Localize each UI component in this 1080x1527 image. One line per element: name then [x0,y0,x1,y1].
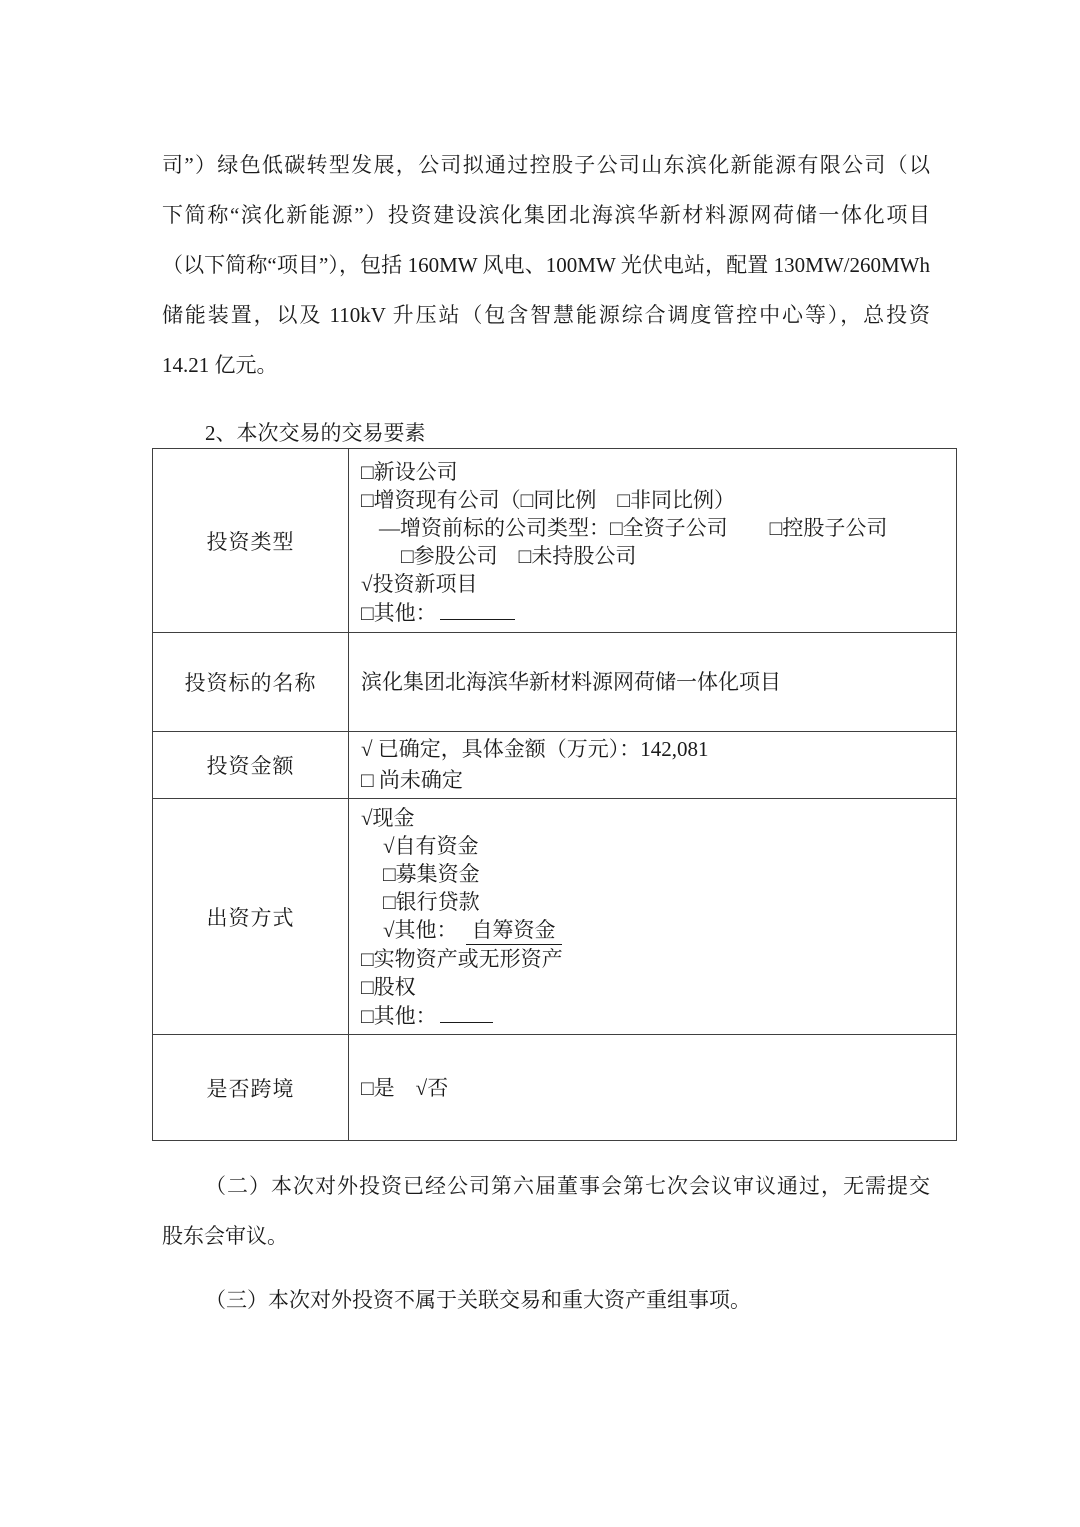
table-row-cross-border: 是否跨境 □是 √否 [153,1035,957,1141]
target-name-text: 滨化集团北海滨华新材料源网荷储一体化项目 [361,668,944,696]
checkbox-option-new-company: □新设公司 [361,458,944,486]
checked-option-other-cash: √其他：自筹资金 [361,916,944,945]
section-heading: 2、本次交易的交易要素 [205,418,1080,448]
table-row-funding-method: 出资方式 √现金 √自有资金 □募集资金 □银行贷款 √其他：自筹资金 □实物资… [153,799,957,1035]
checked-option-new-project: √投资新项目 [361,570,944,598]
checkbox-option-other-method: □其他： [361,1001,944,1030]
other-cash-value: 自筹资金 [466,916,562,945]
row-label-funding-method: 出资方式 [153,799,349,1035]
funding-method-options: √现金 √自有资金 □募集资金 □银行贷款 √其他：自筹资金 □实物资产或无形资… [349,799,957,1035]
row-label-cross-border: 是否跨境 [153,1035,349,1141]
checked-option-own-funds: √自有资金 [361,832,944,860]
checked-option-other-cash-label: √其他： [383,918,458,942]
investment-amount-options: √ 已确定，具体金额（万元）：142,081 □ 尚未确定 [349,732,957,799]
table-row-investment-type: 投资类型 □新设公司 □增资现有公司（□同比例 □非同比例） —增资前标的公司类… [153,449,957,633]
paragraph-line: 14.21 亿元。 [162,340,930,390]
paragraph-line: 储能装置，以及 110kV 升压站（包含智慧能源综合调度管控中心等），总投资 [162,290,930,340]
blank-underline [440,1001,493,1023]
intro-paragraph: 司”）绿色低碳转型发展，公司拟通过控股子公司山东滨化新能源有限公司（以 下简称“… [162,140,930,390]
checked-option-cash: √现金 [361,804,944,832]
table-row-target-name: 投资标的名称 滨化集团北海滨华新材料源网荷储一体化项目 [153,633,957,732]
checkbox-option-raised-funds: □募集资金 [361,860,944,888]
paragraph-line: 股东会审议。 [162,1211,930,1261]
checkbox-option-amount-unconfirmed: □ 尚未确定 [361,765,944,796]
cross-border-yes-no: □是 √否 [361,1074,944,1102]
paragraph-line: 司”）绿色低碳转型发展，公司拟通过控股子公司山东滨化新能源有限公司（以 [162,140,930,190]
document-page: 司”）绿色低碳转型发展，公司拟通过控股子公司山东滨化新能源有限公司（以 下简称“… [0,0,1080,1527]
related-transaction-paragraph: （三）本次对外投资不属于关联交易和重大资产重组事项。 [162,1275,930,1325]
checkbox-option-target-company-type: —增资前标的公司类型：□全资子公司 □控股子公司 [361,514,944,542]
checkbox-option-other-label: □其他： [361,601,437,625]
row-label-investment-type: 投资类型 [153,449,349,633]
investment-type-options: □新设公司 □增资现有公司（□同比例 □非同比例） —增资前标的公司类型：□全资… [349,449,957,633]
checkbox-option-equity: □股权 [361,973,944,1001]
target-name-value: 滨化集团北海滨华新材料源网荷储一体化项目 [349,633,957,732]
checkbox-option-other: □其他： [361,598,944,627]
cross-border-options: □是 √否 [349,1035,957,1141]
board-approval-paragraph: （二）本次对外投资已经公司第六届董事会第七次会议审议通过，无需提交 股东会审议。 [162,1161,930,1261]
checkbox-option-target-company-type-2: □参股公司 □未持股公司 [361,542,944,570]
paragraph-line: （二）本次对外投资已经公司第六届董事会第七次会议审议通过，无需提交 [162,1161,930,1211]
row-label-target-name: 投资标的名称 [153,633,349,732]
table-row-investment-amount: 投资金额 √ 已确定，具体金额（万元）：142,081 □ 尚未确定 [153,732,957,799]
paragraph-line: 下简称“滨化新能源”）投资建设滨化集团北海滨华新材料源网荷储一体化项目 [162,190,930,240]
transaction-elements-table: 投资类型 □新设公司 □增资现有公司（□同比例 □非同比例） —增资前标的公司类… [152,448,957,1141]
paragraph-line: （三）本次对外投资不属于关联交易和重大资产重组事项。 [162,1275,930,1325]
blank-underline [440,598,515,620]
paragraph-line: （以下简称“项目”），包括 160MW 风电、100MW 光伏电站，配置 130… [162,240,930,290]
checkbox-option-physical-assets: □实物资产或无形资产 [361,945,944,973]
checked-option-amount-confirmed: √ 已确定，具体金额（万元）：142,081 [361,734,944,765]
checkbox-option-other-method-label: □其他： [361,1004,437,1028]
row-label-investment-amount: 投资金额 [153,732,349,799]
checkbox-option-capital-increase: □增资现有公司（□同比例 □非同比例） [361,486,944,514]
checkbox-option-bank-loan: □银行贷款 [361,888,944,916]
